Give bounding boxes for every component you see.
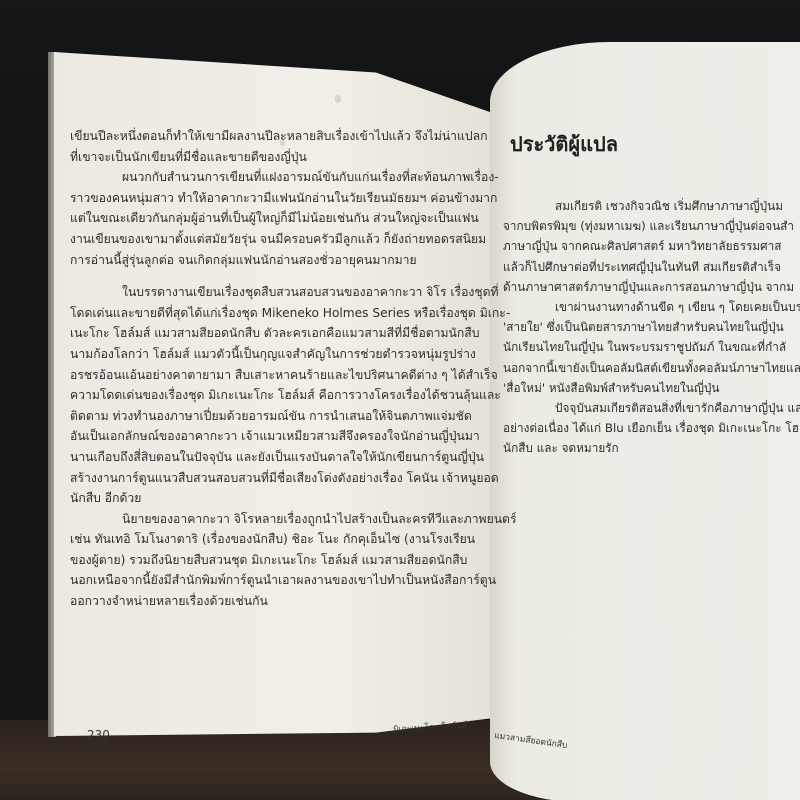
section-title-translator-bio: ประวัติผู้แปล bbox=[510, 128, 618, 160]
text-line: ด้านภาษาศาสตร์ภาษาญี่ปุ่นและการสอนภาษาญี… bbox=[503, 277, 800, 297]
text-line: นักสืบ อีกด้วย bbox=[70, 488, 490, 509]
text-line: งานเขียนของเขามาตั้งแต่สมัยวัยรุ่น จนมีค… bbox=[70, 229, 490, 250]
text-line: นอกจากนี้เขายังเป็นคอลัมนิสต์เขียนทั้งคอ… bbox=[503, 358, 800, 378]
text-line: ราวของคนหนุ่มสาว ทำให้อาคากะวามีแฟนนักอ่… bbox=[70, 188, 490, 209]
text-line: ที่เขาจะเป็นนักเขียนที่มีชื่อและขายดีของ… bbox=[70, 147, 490, 168]
text-line: นานเกือบถึงสี่สิบตอนในปัจจุบัน และยังเป็… bbox=[70, 447, 490, 468]
text-line: แต่ในขณะเดียวกันกลุ่มผู้อ่านที่เป็นผู้ให… bbox=[70, 208, 490, 229]
text-line: การอ่านนี้สู่รุ่นลูกต่อ จนเกิดกลุ่มแฟนนั… bbox=[70, 250, 490, 271]
text-line: โดดเด่นและขายดีที่สุดได้แก่เรื่องชุด Mik… bbox=[70, 303, 490, 324]
left-page-body-text: เขียนปีละหนึ่งตอนก็ทำให้เขามีผลงานปีละหล… bbox=[70, 126, 490, 612]
text-line: ในบรรดางานเขียนเรื่องชุดสืบสวนสอบสวนของอ… bbox=[70, 282, 490, 303]
paragraph-gap bbox=[70, 270, 490, 282]
text-line: อันเป็นเอกลักษณ์ของอาคากะวา เจ้าแมวเหมีย… bbox=[70, 426, 490, 447]
text-line: แล้วก็ไปศึกษาต่อที่ประเทศญี่ปุ่นในทันที … bbox=[503, 257, 800, 277]
text-line: อรชรอ้อนแอ้นอย่างคาตายามา สืบเสาะหาคนร้า… bbox=[70, 365, 490, 386]
text-line: ออกวางจำหน่ายหลายเรื่องด้วยเช่นกัน bbox=[70, 591, 490, 612]
text-line: เนะโกะ โฮล์มส์ แมวสามสียอดนักสืบ ตัวละคร… bbox=[70, 323, 490, 344]
text-line: นิยายของอาคากะวา จิโรหลายเรื่องถูกนำไปสร… bbox=[70, 509, 490, 530]
text-line: นามก้องโลกว่า โฮล์มส์ แมวตัวนี้เป็นกุญแจ… bbox=[70, 344, 490, 365]
text-line: ปัจจุบันสมเกียรติสอนสิ่งที่เขารักคือภาษา… bbox=[503, 398, 800, 418]
text-line: ของผู้ตาย) รวมถึงนิยายสืบสวนชุด มิเกะเนะ… bbox=[70, 550, 490, 571]
text-line: อย่างต่อเนื่อง ได้แก่ Blu เยือกเย็น เรื่… bbox=[503, 418, 800, 438]
right-page-body-text: สมเกียรติ เชวงกิจวณิช เริ่มศึกษาภาษาญี่ป… bbox=[503, 196, 800, 459]
text-line: เช่น ทันเทอิ โมโนงาตาริ (เรื่องของนักสืบ… bbox=[70, 529, 490, 550]
text-line: เขาผ่านงานทางด้านขีด ๆ เขียน ๆ โดยเคยเป็… bbox=[503, 297, 800, 317]
page-number: 230 bbox=[87, 728, 110, 742]
text-line: นักเรียนไทยในญี่ปุ่น ในพระบรมราชูปถัมภ์ … bbox=[503, 337, 800, 357]
text-line: ผนวกกับสำนวนการเขียนที่แฝงอารมณ์ขันกับแก… bbox=[70, 167, 490, 188]
text-line: เขียนปีละหนึ่งตอนก็ทำให้เขามีผลงานปีละหล… bbox=[70, 126, 490, 147]
text-line: นักสืบ และ จดหมายรัก bbox=[503, 438, 800, 458]
text-line: ติดตาม ท่วงทำนองภาษาเปี่ยมด้วยอารมณ์ขัน … bbox=[70, 406, 490, 427]
text-line: สร้างงานการ์ตูนแนวสืบสวนสอบสวนที่มีชื่อเ… bbox=[70, 468, 490, 489]
text-line: จากบพิตรพิมุข (ทุ่งมหาเมฆ) และเรียนภาษาญ… bbox=[503, 216, 800, 236]
text-line: ภาษาญี่ปุ่น จากคณะศิลปศาสตร์ มหาวิทยาลัย… bbox=[503, 236, 800, 256]
text-line: สมเกียรติ เชวงกิจวณิช เริ่มศึกษาภาษาญี่ป… bbox=[503, 196, 800, 216]
text-line: 'สายใย' ซึ่งเป็นนิตยสารภาษาไทยสำหรับคนไท… bbox=[503, 317, 800, 337]
text-line: ความโดดเด่นของเรื่องชุด มิเกะเนะโกะ โฮล์… bbox=[70, 385, 490, 406]
paper-stain bbox=[335, 95, 341, 103]
text-line: 'สื่อใหม่' หนังสือพิมพ์สำหรับคนไทยในญี่ป… bbox=[503, 378, 800, 398]
text-line: นอกเหนือจากนี้ยังมีสำนักพิมพ์การ์ตูนนำเอ… bbox=[70, 570, 490, 591]
